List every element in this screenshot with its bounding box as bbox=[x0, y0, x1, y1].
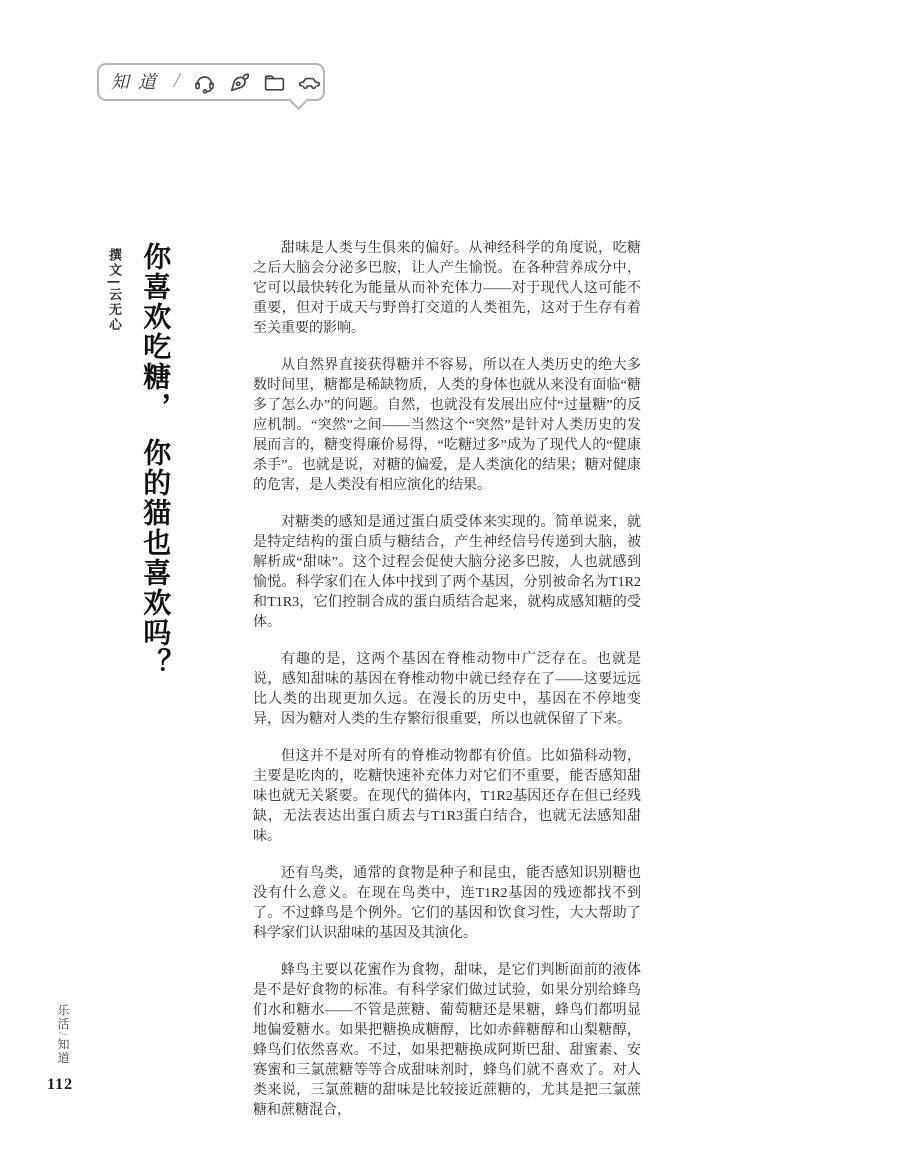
paragraph-6: 还有鸟类，通常的食物是种子和昆虫，能否感知识别糖也没有什么意义。在现在鸟类中，连… bbox=[253, 864, 641, 944]
title-part1: 你喜欢吃糖， bbox=[139, 242, 170, 422]
header-badge: 知道 / bbox=[97, 63, 325, 101]
paragraph-1: 甜味是人类与生俱来的偏好。从神经科学的角度说，吃糖之后大脑会分泌多巴胺，让人产生… bbox=[253, 239, 641, 339]
separator-slash: / bbox=[174, 68, 180, 93]
title-part2: 你的猫也喜欢吗？ bbox=[139, 438, 170, 678]
byline-author: 云无心 bbox=[107, 288, 122, 333]
byline-separator: | bbox=[107, 280, 122, 286]
folder-icon bbox=[261, 70, 288, 95]
paragraph-5: 但这并不是对所有的脊椎动物都有价值。比如猫科动物，主要是吃肉的，吃糖快速补充体力… bbox=[253, 747, 641, 847]
article-title: 你喜欢吃糖，你的猫也喜欢吗？ bbox=[138, 242, 170, 712]
page-number: 112 bbox=[47, 1076, 73, 1094]
footer-separator: / bbox=[56, 1032, 70, 1037]
footer-section-label: 乐活/知道 bbox=[55, 1004, 72, 1065]
paragraph-4: 有趣的是，这两个基因在脊椎动物中广泛存在。也就是说，感知甜味的基因在脊椎动物中就… bbox=[253, 650, 641, 730]
paragraph-2: 从自然界直接获得糖并不容易，所以在人类历史的绝大多数时间里，糖都是稀缺物质，人类… bbox=[253, 356, 641, 496]
paragraph-7: 蜂鸟主要以花蜜作为食物，甜味，是它们判断面前的液体是不是好食物的标准。有科学家们… bbox=[253, 961, 641, 1121]
headset-icon bbox=[191, 70, 218, 95]
footer-section: 乐活 bbox=[56, 1004, 70, 1031]
pen-icon bbox=[226, 70, 253, 95]
badge-icon-row bbox=[191, 70, 323, 95]
paragraph-3: 对糖类的感知是通过蛋白质受体来实现的。简单说来，就是特定结构的蛋白质与糖结合，产… bbox=[253, 513, 641, 633]
magazine-page: 知道 / bbox=[0, 0, 899, 1150]
byline: 撰文|云无心 bbox=[105, 248, 124, 333]
magazine-logo: 知道 bbox=[111, 68, 165, 94]
article-body: 甜味是人类与生俱来的偏好。从神经科学的角度说，吃糖之后大脑会分泌多巴胺，让人产生… bbox=[253, 239, 641, 1121]
byline-prefix: 撰文 bbox=[107, 248, 122, 278]
footer-subsection: 知道 bbox=[56, 1038, 70, 1065]
